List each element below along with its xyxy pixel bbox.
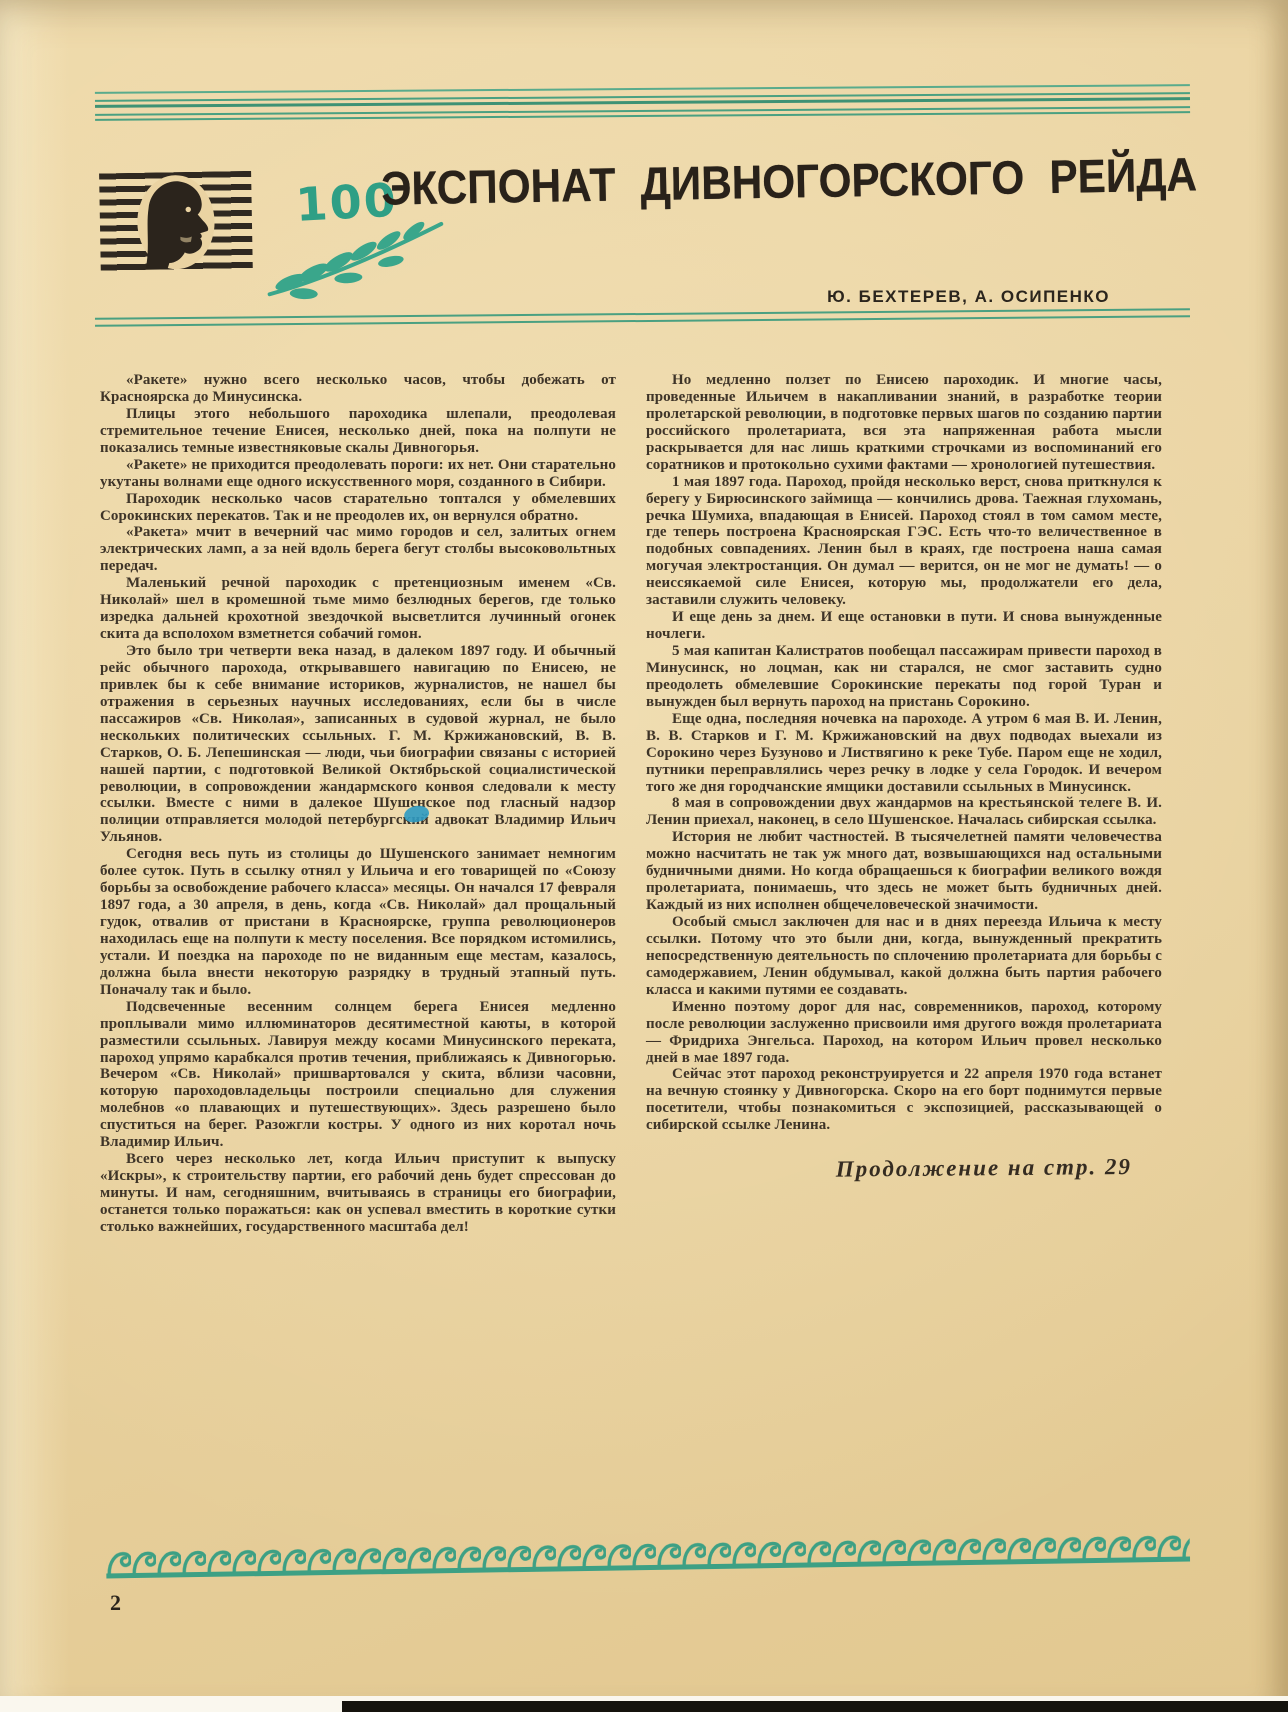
paragraph: «Ракете» нужно всего несколько часов, чт…	[100, 372, 616, 406]
paragraph: Это было три четверти века назад, в дале…	[100, 643, 616, 846]
paragraph: Именно поэтому дорог для нас, современни…	[646, 999, 1162, 1067]
paragraph: Маленький речной пароходик с претенциозн…	[100, 575, 616, 643]
paragraph: Плицы этого небольшого пароходика шлепал…	[100, 406, 616, 457]
scan-edge-black	[342, 1701, 1288, 1712]
paragraph: Но медленно ползет по Енисею пароходик. …	[646, 372, 1162, 474]
right-column: Но медленно ползет по Енисею пароходик. …	[646, 372, 1162, 1236]
left-column: «Ракете» нужно всего несколько часов, чт…	[100, 372, 616, 1236]
wave-ornament-icon	[106, 1529, 1190, 1582]
laurel-branch-icon	[257, 215, 453, 306]
wave-border-ornament	[106, 1529, 1190, 1582]
lenin-profile-emblem-icon	[99, 171, 253, 272]
paragraph: Всего через несколько лет, когда Ильич п…	[100, 1151, 616, 1236]
paragraph: «Ракете» не приходится преодолевать поро…	[100, 457, 616, 491]
paragraph: Сейчас этот пароход реконструируется и 2…	[646, 1066, 1162, 1134]
paragraph: Особый смысл заключен для нас и в днях п…	[646, 914, 1162, 999]
paragraph: Пароходик несколько часов старательно то…	[100, 491, 616, 525]
paragraph: И еще день за днем. И еще остановки в пу…	[646, 609, 1162, 643]
paragraph: 8 мая в сопровождении двух жандармов на …	[646, 795, 1162, 829]
magazine-page: 100 ЭКСПОНАТ ДИВНОГОРСКОГО РЕЙДА Ю. БЕХТ…	[0, 0, 1288, 1712]
paragraph: «Ракета» мчит в вечерний час мимо городо…	[100, 524, 616, 575]
article-title: ЭКСПОНАТ ДИВНОГОРСКОГО РЕЙДА	[381, 150, 1197, 211]
paragraph: Сегодня весь путь из столицы до Шушенско…	[100, 846, 616, 998]
paragraph: Подсвеченные весенним солнцем берега Ени…	[100, 999, 616, 1151]
paragraph: История не любит частностей. В тысячелет…	[646, 829, 1162, 914]
authors-byline: Ю. БЕХТЕРЕВ, А. ОСИПЕНКО	[827, 287, 1110, 307]
lenin-head-silhouette-icon	[133, 173, 219, 270]
masthead: 100 ЭКСПОНАТ ДИВНОГОРСКОГО РЕЙДА	[99, 146, 1194, 295]
paragraph: 5 мая капитан Калистратов пообещал пасса…	[646, 643, 1162, 711]
continuation-note: Продолжение на стр. 29	[646, 1154, 1162, 1184]
page-number: 2	[110, 1590, 121, 1616]
byline-decorative-rules	[95, 308, 1190, 332]
top-decorative-rules	[95, 84, 1190, 121]
article-body: «Ракете» нужно всего несколько часов, чт…	[100, 372, 1162, 1236]
paragraph: 1 мая 1897 года. Пароход, пройдя несколь…	[646, 474, 1162, 610]
paragraph: Еще одна, последняя ночевка на пароходе.…	[646, 711, 1162, 796]
